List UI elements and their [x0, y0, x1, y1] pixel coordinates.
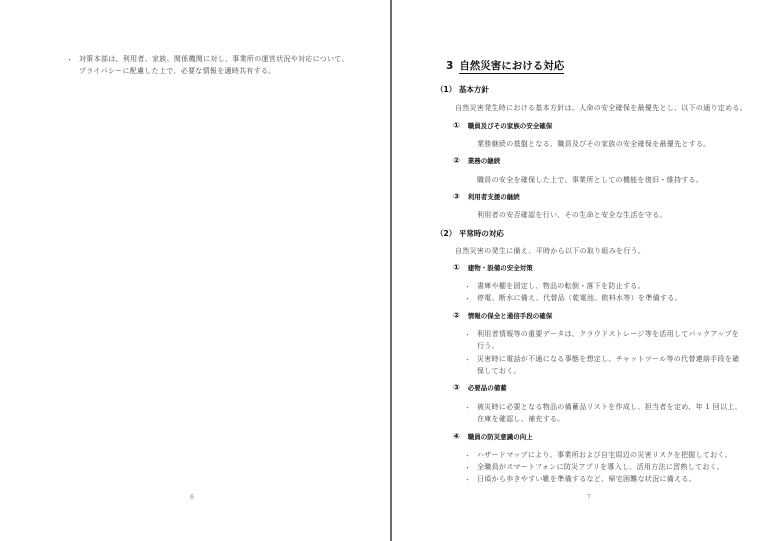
subheading: ②情報の保全と通信手段の確保 — [453, 311, 552, 320]
section-heading: （2） 平常時の対応 — [436, 228, 504, 239]
body-text: 対策本部は、利用者、家族、関係機関に対し、事業所の運営状況や対応について、 — [79, 53, 349, 65]
section-intro: 自然災害の発生に備え、平時から以下の取り組みを行う。 — [455, 245, 645, 257]
chapter-heading: 自然災害における対応 — [459, 60, 564, 74]
bullet-text: 保しておく。 — [477, 365, 521, 377]
subheading: ①建物・設備の安全対策 — [453, 263, 533, 272]
bullet-text: 日頃から歩きやすい靴を準備するなど、帰宅困難な状況に備える。 — [477, 473, 696, 485]
chapter-title: 3自然災害における対応 — [446, 58, 564, 73]
bullet-text: 全職員がスマートフォンに防災アプリを導入し、活用方法に習熟しておく。 — [477, 461, 724, 473]
subheading: ③必要品の備蓄 — [453, 383, 507, 392]
bullet-text: 書庫や棚を固定し、物品の転倒・落下を防止する。 — [477, 280, 645, 292]
page-number: 7 — [587, 494, 591, 501]
bullet-text: 災害時に電話が不通になる事態を想定し、チャットツール等の代替連絡手段を確 — [477, 353, 739, 365]
bullet-marker: ・ — [464, 475, 471, 485]
item-body: 職員の安全を確保した上で、事業所としての機能を復旧・維持する。 — [477, 174, 703, 186]
subheading: ④職員の防災意識の向上 — [453, 432, 533, 441]
section-intro: 自然災害発生時における基本方針は、人命の安全確保を最優先とし、以下の通り定める。 — [455, 102, 747, 114]
section-heading: （1） 基本方針 — [436, 84, 489, 95]
bullet-text: 利用者情報等の重要データは、クラウドストレージ等を活用してバックアップを — [477, 328, 739, 340]
bullet-marker: ・ — [464, 463, 471, 473]
bullet-marker: ・ — [464, 330, 471, 340]
item-body: 業務継続の基盤となる、職員及びその家族の安全確保を最優先とする。 — [477, 138, 711, 150]
bullet-text: 在庫を確認し、補充する。 — [477, 413, 565, 425]
bullet-marker: ・ — [464, 355, 471, 365]
page-7: 3自然災害における対応 （1） 基本方針 自然災害発生時における基本方針は、人命… — [392, 0, 780, 541]
subheading: ②業務の継続 — [453, 156, 500, 165]
bullet-marker: ・ — [66, 55, 73, 65]
body-text: プライバシーに配慮した上で、必要な情報を適時共有する。 — [79, 65, 276, 77]
page-number: 6 — [190, 494, 194, 501]
bullet-text: 行う。 — [477, 340, 499, 352]
bullet-marker: ・ — [464, 403, 471, 413]
page-6: ・ 対策本部は、利用者、家族、関係機関に対し、事業所の運営状況や対応について、 … — [0, 0, 390, 541]
bullet-marker: ・ — [464, 451, 471, 461]
bullet-marker: ・ — [464, 294, 471, 304]
subheading: ③利用者支援の継続 — [453, 192, 520, 201]
bullet-text: 被災時に必要となる物品の備蓄品リストを作成し、担当者を定め、年 1 回以上、 — [477, 401, 742, 413]
bullet-text: ハザードマップにより、事業所および自宅周辺の災害リスクを把握しておく。 — [477, 449, 732, 461]
chapter-number: 3 — [446, 60, 453, 72]
item-body: 利用者の安否確認を行い、その生命と安全な生活を守る。 — [477, 209, 667, 221]
subheading: ①職員及びその家族の安全確保 — [453, 121, 552, 130]
bullet-text: 停電、断水に備え、代替品（乾電池、飲料水等）を準備する。 — [477, 292, 682, 304]
bullet-marker: ・ — [464, 282, 471, 292]
